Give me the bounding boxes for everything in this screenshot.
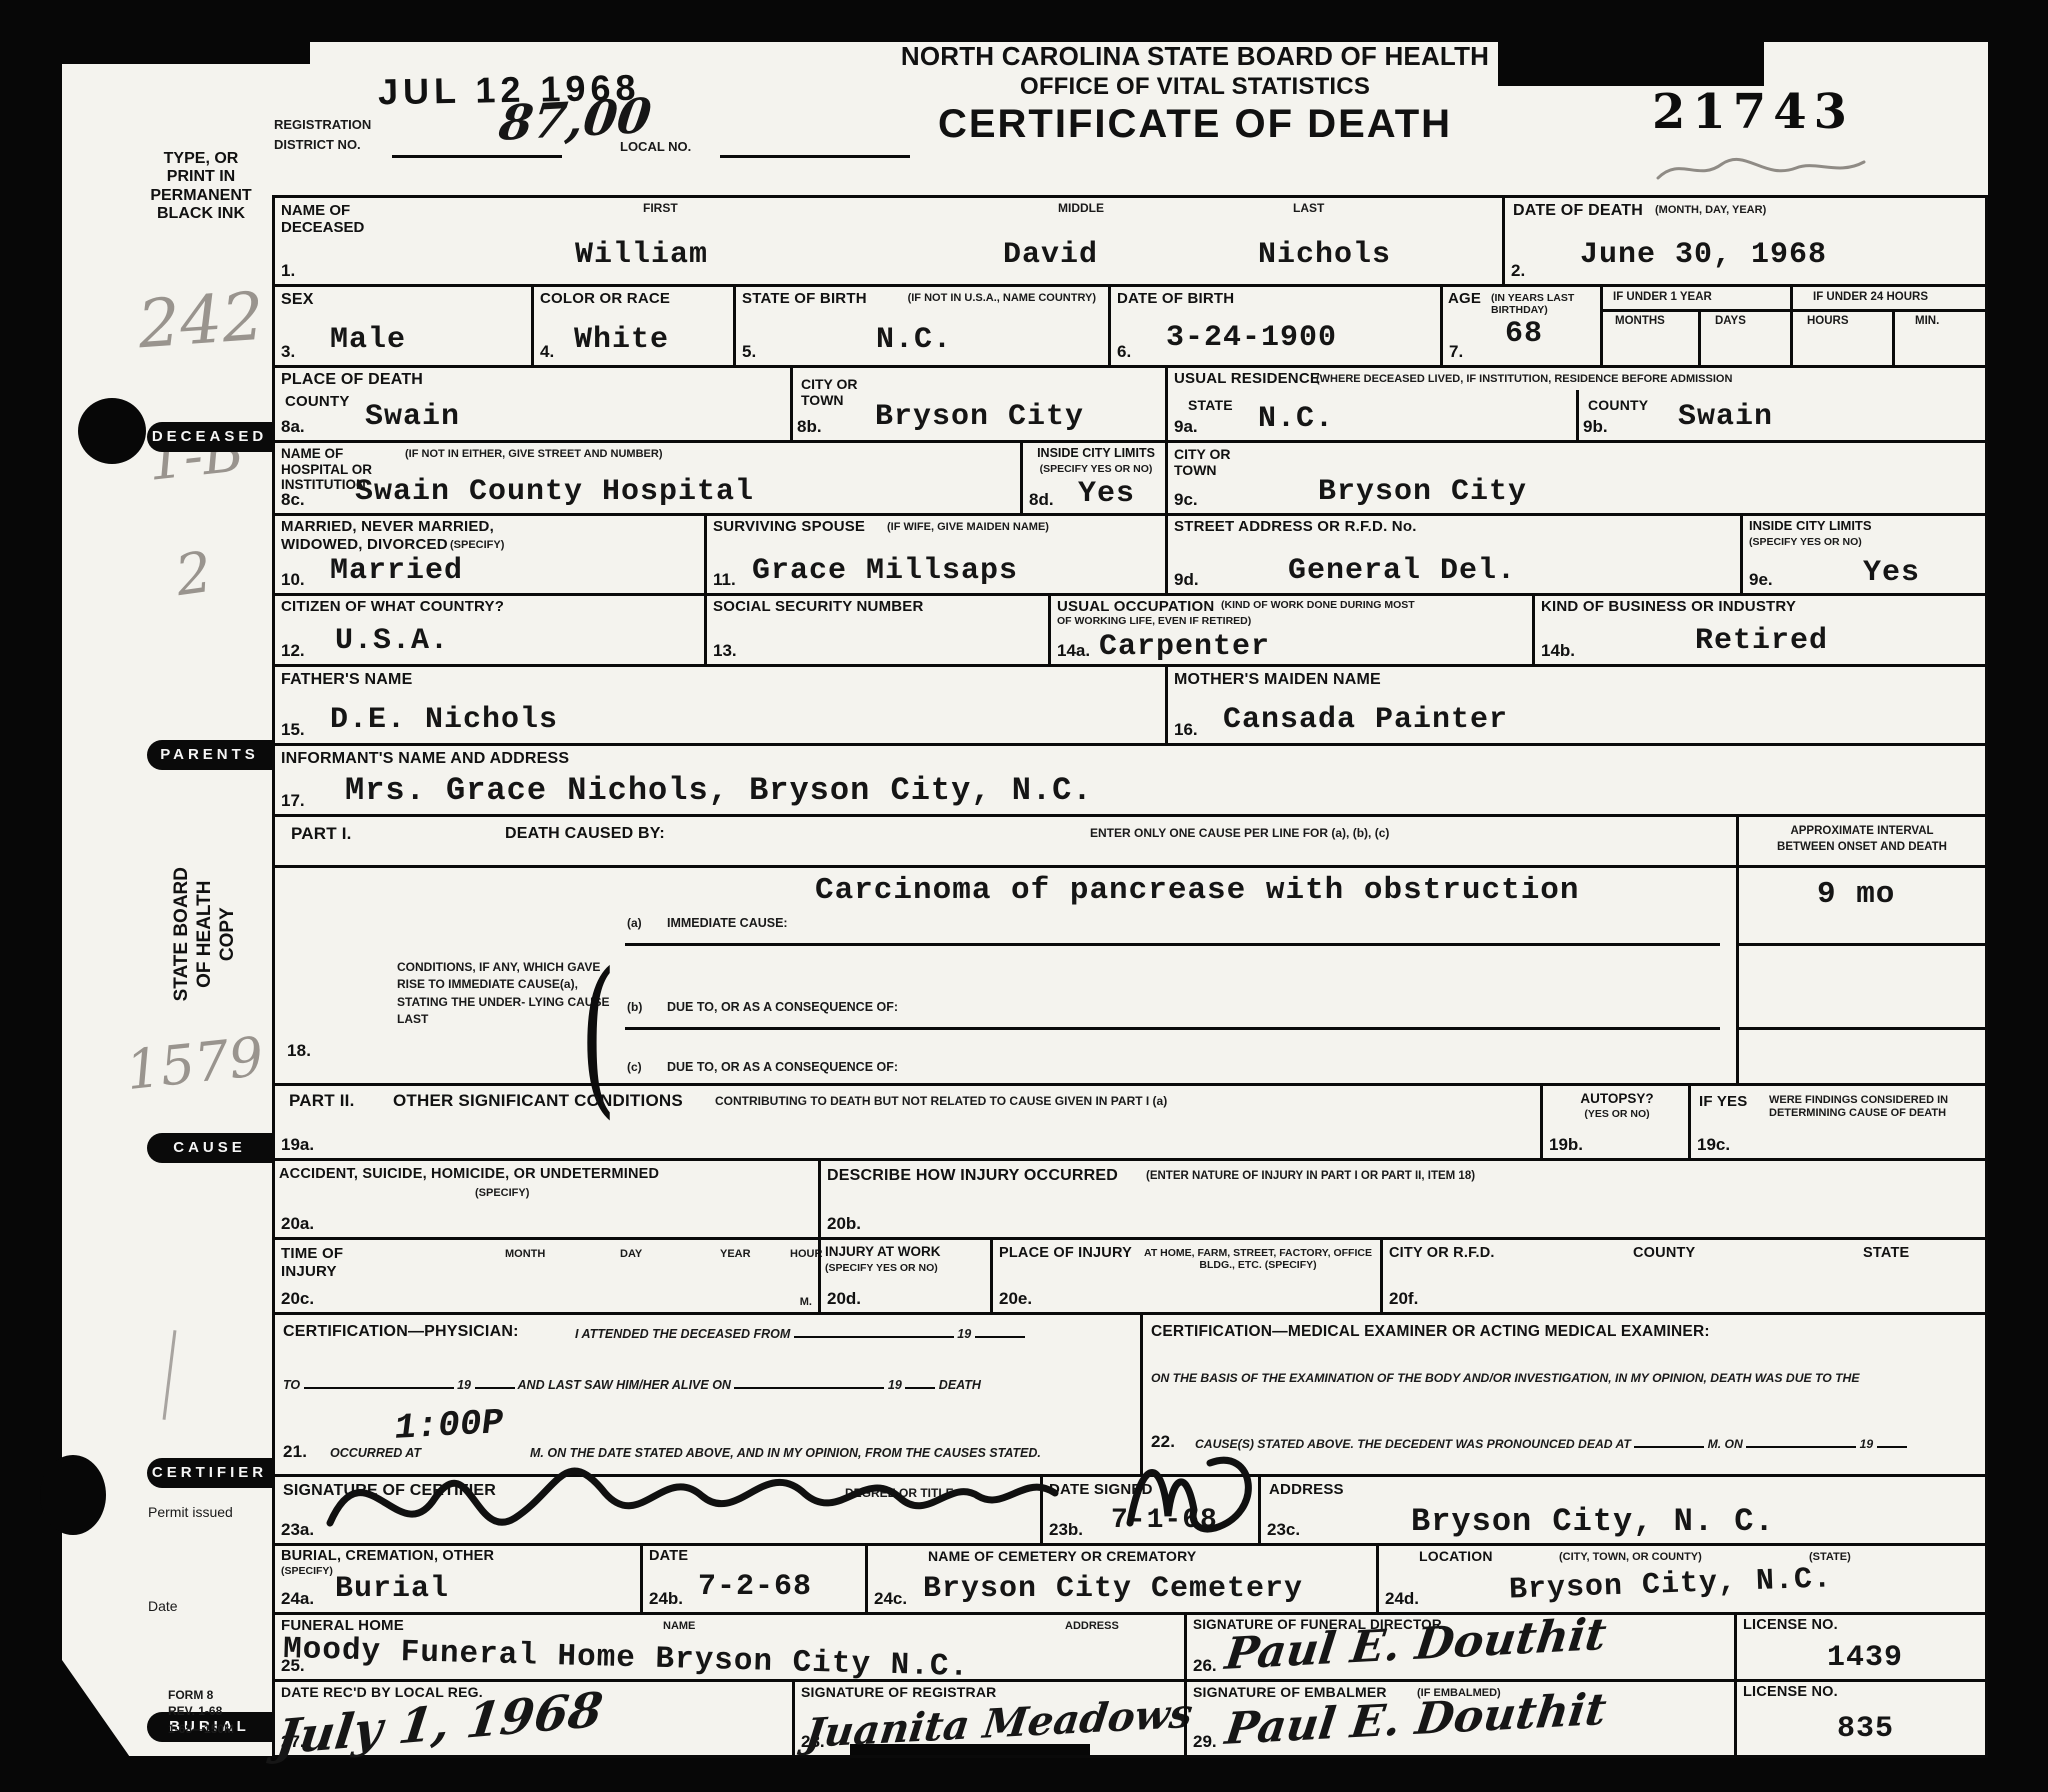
autopsy-sublabel: (YES OR NO) bbox=[1547, 1108, 1687, 1120]
field-date-of-death: DATE OF DEATH (MONTH, DAY, YEAR) 2. June… bbox=[1502, 195, 1988, 287]
interval-line-b bbox=[1739, 1027, 1985, 1030]
blank-line bbox=[794, 1326, 954, 1338]
age-value: 68 bbox=[1505, 317, 1543, 351]
field-autopsy-findings: IF YES WERE FINDINGS CONSIDERED IN DETER… bbox=[1688, 1083, 1988, 1161]
field-number: 8a. bbox=[281, 417, 305, 437]
hole-punch bbox=[40, 1455, 106, 1535]
death-county-value: Swain bbox=[365, 400, 460, 434]
date-margin-label: Date bbox=[148, 1598, 178, 1614]
field-state-of-birth: STATE OF BIRTH (IF NOT IN U.S.A., NAME C… bbox=[733, 284, 1111, 368]
copy-designation: STATE BOARD OF HEALTH COPY bbox=[171, 849, 239, 1019]
field-inside-city-limits-residence: INSIDE CITY LIMITS (SPECIFY YES OR NO) 9… bbox=[1740, 513, 1988, 596]
occupation-label: USUAL OCCUPATION bbox=[1057, 599, 1214, 616]
field-number: 20b. bbox=[827, 1214, 861, 1234]
field-describe-injury: DESCRIBE HOW INJURY OCCURRED (ENTER NATU… bbox=[818, 1158, 1988, 1240]
spouse-value: Grace Millsaps bbox=[752, 554, 1018, 588]
c-tag: (c) bbox=[627, 1061, 642, 1074]
registration-label: REGISTRATION bbox=[274, 118, 371, 132]
field-number: 9c. bbox=[1174, 490, 1198, 510]
injury-at-work-sublabel: (SPECIFY YES OR NO) bbox=[825, 1262, 990, 1274]
tab-deceased: DECEASED bbox=[147, 422, 272, 452]
pencil-scribble bbox=[1650, 148, 1880, 188]
mother-value: Cansada Painter bbox=[1223, 703, 1508, 737]
attended-text: I ATTENDED THE DECEASED FROM bbox=[575, 1327, 790, 1341]
hole-punch bbox=[78, 398, 146, 464]
icl2-sublabel: (SPECIFY YES OR NO) bbox=[1749, 536, 1909, 548]
blank-line bbox=[734, 1377, 884, 1389]
field-number: 8b. bbox=[797, 417, 822, 437]
field-number: 9d. bbox=[1174, 570, 1199, 590]
field-marital-status: MARRIED, NEVER MARRIED, WIDOWED, DIVORCE… bbox=[272, 513, 707, 596]
field-number: 7. bbox=[1449, 342, 1463, 362]
ssn-label: SOCIAL SECURITY NUMBER bbox=[713, 599, 924, 616]
field-number: 24b. bbox=[649, 1589, 683, 1609]
director-license-value: 1439 bbox=[1827, 1641, 1903, 1675]
field-number: 9a. bbox=[1174, 417, 1198, 437]
field-sex: SEX 3. Male bbox=[272, 284, 534, 368]
year-19: 19 bbox=[457, 1378, 471, 1392]
residence-county-value: Swain bbox=[1678, 400, 1773, 434]
basis-text: ON THE BASIS OF THE EXAMINATION OF THE B… bbox=[1151, 1371, 1860, 1385]
field-embalmer-signature: SIGNATURE OF EMBALMER (IF EMBALMED) 29. … bbox=[1184, 1679, 1737, 1758]
usual-residence-sublabel: (WHERE DECEASED LIVED, IF INSTITUTION, R… bbox=[1316, 373, 1732, 385]
field-number: 24a. bbox=[281, 1589, 314, 1609]
state-col-label: STATE bbox=[1863, 1246, 1909, 1262]
copy-line: STATE BOARD bbox=[171, 849, 194, 1019]
blank-line bbox=[475, 1377, 515, 1389]
marital-label-line2: WIDOWED, DIVORCED bbox=[281, 537, 448, 554]
interval-line-a bbox=[1739, 943, 1985, 946]
field-number: 20f. bbox=[1389, 1289, 1418, 1309]
part1-label: PART I. bbox=[291, 825, 352, 844]
if-yes-sublabel: WERE FINDINGS CONSIDERED IN DETERMINING … bbox=[1769, 1094, 1984, 1119]
city-or-town-label: CITY OR TOWN bbox=[801, 376, 871, 408]
field-number: 29. bbox=[1193, 1732, 1217, 1752]
header-rule bbox=[275, 865, 1736, 868]
marital-label-line1: MARRIED, NEVER MARRIED, bbox=[281, 519, 494, 536]
field-date-of-birth: DATE OF BIRTH 6. 3-24-1900 bbox=[1108, 284, 1443, 368]
blank-line bbox=[905, 1377, 935, 1389]
field-registrar-signature: SIGNATURE OF REGISTRAR 28. Juanita Meado… bbox=[792, 1679, 1187, 1758]
field-usual-residence: USUAL RESIDENCE (WHERE DECEASED LIVED, I… bbox=[1165, 365, 1988, 443]
cause-line-b bbox=[625, 1027, 1720, 1030]
burial-date-value: 7-2-68 bbox=[698, 1570, 812, 1604]
field-street-address: STREET ADDRESS OR R.F.D. No. 9d. General… bbox=[1165, 513, 1743, 596]
field-date-received: DATE REC'D BY LOCAL REG. 27. July 1, 196… bbox=[272, 1679, 795, 1758]
last-saw-line: TO 19 AND LAST SAW HIM/HER ALIVE ON 19 D… bbox=[283, 1377, 981, 1392]
attended-line: I ATTENDED THE DECEASED FROM 19 bbox=[575, 1326, 1025, 1341]
field-number: 12. bbox=[281, 641, 305, 661]
first-name-value: William bbox=[575, 238, 708, 272]
board-title: NORTH CAROLINA STATE BOARD OF HEALTH bbox=[830, 42, 1560, 71]
field-embalmer-license: LICENSE NO. 835 bbox=[1734, 1679, 1988, 1758]
license-label: LICENSE NO. bbox=[1743, 1618, 1838, 1634]
state-of-birth-value: N.C. bbox=[876, 323, 952, 357]
occupation-value: Carpenter bbox=[1099, 630, 1270, 664]
cert-examiner-label: CERTIFICATION—MEDICAL EXAMINER OR ACTING… bbox=[1151, 1323, 1710, 1340]
interval-label-line1: APPROXIMATE INTERVAL bbox=[1743, 825, 1981, 838]
field-citizen: CITIZEN OF WHAT COUNTRY? 12. U.S.A. bbox=[272, 593, 707, 667]
pencil-note-242: 242 bbox=[135, 278, 266, 364]
age-label: AGE bbox=[1448, 291, 1481, 308]
field-place-of-death: PLACE OF DEATH COUNTY 8a. Swain CITY OR … bbox=[272, 365, 1168, 443]
certificate-number: 21743 bbox=[1652, 84, 1854, 140]
field-mother-name: MOTHER'S MAIDEN NAME 16. Cansada Painter bbox=[1165, 664, 1988, 746]
month-label: MONTH bbox=[505, 1248, 545, 1260]
field-number: 9e. bbox=[1749, 570, 1773, 590]
min-label: MIN. bbox=[1915, 315, 1939, 328]
part2-sublabel: CONTRIBUTING TO DEATH BUT NOT RELATED TO… bbox=[715, 1095, 1167, 1108]
mother-label: MOTHER'S MAIDEN NAME bbox=[1174, 671, 1381, 689]
informant-value: Mrs. Grace Nichols, Bryson City, N.C. bbox=[345, 772, 1093, 809]
field-certifier-address: ADDRESS 23c. Bryson City, N. C. bbox=[1258, 1474, 1988, 1546]
divider bbox=[790, 368, 793, 440]
interval-value: 9 mo bbox=[1817, 877, 1895, 912]
accident-label: ACCIDENT, SUICIDE, HOMICIDE, OR UNDETERM… bbox=[279, 1167, 659, 1183]
scanned-death-certificate: { "stamp": { "date": "JUL 12 1968", "reg… bbox=[0, 0, 2048, 1792]
last-col-label: LAST bbox=[1293, 202, 1324, 215]
injury-at-work-label: INJURY AT WORK bbox=[825, 1244, 990, 1260]
street-value: General Del. bbox=[1288, 554, 1516, 588]
field-hospital: NAME OF HOSPITAL OR INSTITUTION (IF NOT … bbox=[272, 440, 1023, 516]
due-to-c-label: DUE TO, OR AS A CONSEQUENCE OF: bbox=[667, 1061, 898, 1075]
year-19: 19 bbox=[957, 1327, 971, 1341]
immediate-cause-label: IMMEDIATE CAUSE: bbox=[667, 917, 788, 931]
death-caused-by-label: DEATH CAUSED BY: bbox=[505, 825, 665, 843]
field-number: 20a. bbox=[281, 1214, 314, 1234]
part2-label: PART II. bbox=[289, 1092, 355, 1111]
field-funeral-director-signature: SIGNATURE OF FUNERAL DIRECTOR 26. Paul E… bbox=[1184, 1612, 1737, 1682]
last-saw-text: AND LAST SAW HIM/HER ALIVE ON bbox=[518, 1378, 731, 1392]
field-number: 26. bbox=[1193, 1656, 1217, 1676]
time-of-injury-label2: INJURY bbox=[281, 1264, 337, 1281]
spouse-sublabel: (IF WIFE, GIVE MAIDEN NAME) bbox=[887, 521, 1049, 533]
field-number: 19a. bbox=[281, 1135, 314, 1155]
hospital-value: Swain County Hospital bbox=[355, 475, 754, 509]
usual-residence-label: USUAL RESIDENCE bbox=[1174, 371, 1320, 388]
field-surviving-spouse: SURVIVING SPOUSE (IF WIFE, GIVE MAIDEN N… bbox=[704, 513, 1168, 596]
registrar-label: SIGNATURE OF REGISTRAR bbox=[801, 1685, 996, 1700]
icl-death-value: Yes bbox=[1078, 477, 1135, 511]
b-tag: (b) bbox=[627, 1001, 642, 1014]
field-time-of-injury: TIME OF INJURY MONTH DAY YEAR HOUR 20c. … bbox=[272, 1237, 821, 1315]
interval-label-line2: BETWEEN ONSET AND DEATH bbox=[1743, 841, 1981, 854]
form-number: FORM 8 bbox=[168, 1688, 213, 1702]
sex-label: SEX bbox=[281, 291, 314, 309]
field-burial-location: LOCATION (CITY, TOWN, OR COUNTY) (STATE)… bbox=[1376, 1543, 1988, 1615]
burial-value: Burial bbox=[335, 1572, 449, 1606]
state-of-birth-label: STATE OF BIRTH bbox=[742, 291, 867, 308]
field-number: 17. bbox=[281, 791, 305, 811]
marital-value: Married bbox=[330, 554, 463, 588]
place-of-injury-sublabel: AT HOME, FARM, STREET, FACTORY, OFFICE B… bbox=[1138, 1247, 1378, 1271]
blank-line bbox=[1634, 1436, 1704, 1448]
residence-state-value: N.C. bbox=[1258, 402, 1334, 436]
field-inside-city-limits-death: INSIDE CITY LIMITS (SPECIFY YES OR NO) 8… bbox=[1020, 440, 1168, 516]
city-or-rfd-label: CITY OR R.F.D. bbox=[1389, 1246, 1495, 1262]
describe-injury-label: DESCRIBE HOW INJURY OCCURRED bbox=[827, 1167, 1118, 1185]
name-label: NAME OF DECEASED bbox=[281, 202, 401, 237]
location-label: LOCATION bbox=[1419, 1549, 1493, 1564]
blank-line bbox=[1746, 1436, 1856, 1448]
scan-artifact bbox=[1988, 0, 2048, 1792]
father-value: D.E. Nichols bbox=[330, 703, 558, 737]
under-24-hours-label: IF UNDER 24 HOURS bbox=[1813, 291, 1928, 304]
citizen-label: CITIZEN OF WHAT COUNTRY? bbox=[281, 599, 504, 616]
date-of-death-value: June 30, 1968 bbox=[1580, 238, 1827, 272]
field-number: 14a. bbox=[1057, 641, 1090, 661]
field-director-license: LICENSE NO. 1439 bbox=[1734, 1612, 1988, 1682]
place-of-injury-label: PLACE OF INJURY bbox=[999, 1246, 1132, 1262]
divider bbox=[1793, 309, 1985, 312]
field-number: 21. bbox=[283, 1443, 307, 1462]
cert-physician-label: CERTIFICATION—PHYSICIAN: bbox=[283, 1323, 519, 1341]
field-if-under-1-year: IF UNDER 1 YEAR MONTHS DAYS bbox=[1600, 284, 1793, 368]
district-no-label: DISTRICT NO. bbox=[274, 138, 361, 152]
field-name-of-deceased: NAME OF DECEASED FIRST MIDDLE LAST 1. Wi… bbox=[272, 195, 1505, 287]
embalmer-license-value: 835 bbox=[1837, 1712, 1894, 1746]
field-number: 20c. bbox=[281, 1289, 314, 1309]
header-rule bbox=[1739, 865, 1985, 868]
days-label: DAYS bbox=[1715, 315, 1746, 328]
permit-issued-label: Permit issued bbox=[148, 1504, 233, 1520]
field-ssn: SOCIAL SECURITY NUMBER 13. bbox=[704, 593, 1051, 667]
field-place-of-injury: PLACE OF INJURY AT HOME, FARM, STREET, F… bbox=[990, 1237, 1383, 1315]
middle-col-label: MIDDLE bbox=[1058, 202, 1104, 215]
part2-title: OTHER SIGNIFICANT CONDITIONS bbox=[393, 1092, 683, 1111]
marital-sublabel: (SPECIFY) bbox=[450, 539, 504, 551]
field-number: 13. bbox=[713, 641, 737, 661]
field-accident-suicide: ACCIDENT, SUICIDE, HOMICIDE, OR UNDETERM… bbox=[272, 1158, 821, 1240]
date-of-birth-label: DATE OF BIRTH bbox=[1117, 291, 1234, 308]
tab-parents: PARENTS bbox=[147, 740, 272, 770]
death-text: DEATH bbox=[939, 1378, 981, 1392]
scan-artifact bbox=[300, 0, 2048, 42]
field-number: 15. bbox=[281, 720, 305, 740]
field-residence-city: CITY OR TOWN 9c. Bryson City bbox=[1165, 440, 1988, 516]
place-of-death-label: PLACE OF DEATH bbox=[281, 371, 423, 389]
date-of-death-sublabel: (MONTH, DAY, YEAR) bbox=[1655, 204, 1766, 216]
last-name-value: Nichols bbox=[1258, 238, 1391, 272]
immediate-cause-value: Carcinoma of pancrease with obstruction bbox=[815, 873, 1580, 908]
icl-residence-value: Yes bbox=[1863, 556, 1920, 590]
first-col-label: FIRST bbox=[643, 202, 678, 215]
tab-certifier: CERTIFIER bbox=[147, 1458, 272, 1488]
months-label: MONTHS bbox=[1615, 315, 1665, 328]
autopsy-label: AUTOPSY? bbox=[1547, 1091, 1687, 1107]
hours-label: HOURS bbox=[1807, 315, 1849, 328]
field-number: 11. bbox=[713, 570, 736, 590]
residence-city-value: Bryson City bbox=[1318, 475, 1527, 509]
street-label: STREET ADDRESS OR R.F.D. No. bbox=[1174, 519, 1417, 536]
divider bbox=[1576, 390, 1579, 440]
icl2-label: INSIDE CITY LIMITS bbox=[1749, 519, 1909, 534]
residence-city-label: CITY OR TOWN bbox=[1174, 446, 1244, 478]
funeral-home-value: Moody Funeral Home Bryson City N.C. bbox=[283, 1632, 970, 1685]
occupation-sublabel-2: OF WORKING LIFE, EVEN IF RETIRED) bbox=[1057, 616, 1251, 628]
field-occupation: USUAL OCCUPATION (KIND OF WORK DONE DURI… bbox=[1048, 593, 1535, 667]
local-no-label: LOCAL NO. bbox=[620, 140, 691, 154]
a-tag: (a) bbox=[627, 917, 642, 930]
informant-label: INFORMANT'S NAME AND ADDRESS bbox=[281, 750, 569, 768]
citizen-value: U.S.A. bbox=[335, 624, 449, 658]
tab-cause: CAUSE bbox=[147, 1133, 272, 1163]
blank-line bbox=[720, 155, 910, 158]
field-injury-city: CITY OR R.F.D. COUNTY STATE 20f. bbox=[1380, 1237, 1988, 1315]
age-sublabel: (IN YEARS LAST BIRTHDAY) bbox=[1491, 292, 1599, 316]
year-label: YEAR bbox=[720, 1248, 751, 1260]
field-number: 24d. bbox=[1385, 1589, 1419, 1609]
accident-sublabel: (SPECIFY) bbox=[475, 1187, 529, 1199]
cause-line-a bbox=[625, 943, 1720, 946]
page-title: CERTIFICATE OF DEATH bbox=[830, 102, 1560, 146]
divider bbox=[1603, 309, 1790, 312]
sex-value: Male bbox=[330, 323, 406, 357]
date-of-death-label: DATE OF DEATH bbox=[1513, 202, 1643, 220]
middle-name-value: David bbox=[1003, 238, 1098, 272]
m-label: M. bbox=[800, 1296, 812, 1308]
field-number: 18. bbox=[287, 1042, 311, 1061]
field-number: 19c. bbox=[1697, 1135, 1730, 1155]
name-col-label: NAME bbox=[663, 1620, 695, 1632]
address-col-label: ADDRESS bbox=[1065, 1620, 1119, 1632]
part2-other-conditions: PART II. OTHER SIGNIFICANT CONDITIONS CO… bbox=[272, 1083, 1543, 1161]
field-number: 19b. bbox=[1549, 1135, 1583, 1155]
death-city-value: Bryson City bbox=[875, 400, 1084, 434]
time-of-injury-label1: TIME OF bbox=[281, 1246, 343, 1263]
field-number: 8d. bbox=[1029, 490, 1054, 510]
field-number: 24c. bbox=[874, 1589, 907, 1609]
field-number: 9b. bbox=[1583, 417, 1608, 437]
field-number: 10. bbox=[281, 570, 305, 590]
day-label: DAY bbox=[620, 1248, 642, 1260]
license-label: LICENSE NO. bbox=[1743, 1685, 1838, 1701]
blank-line bbox=[304, 1377, 454, 1389]
icl-sublabel: (SPECIFY YES OR NO) bbox=[1027, 463, 1165, 475]
field-funeral-home: FUNERAL HOME NAME ADDRESS 25. Moody Fune… bbox=[272, 1612, 1187, 1682]
field-number: 14b. bbox=[1541, 641, 1575, 661]
field-number: 3. bbox=[281, 342, 295, 362]
field-business: KIND OF BUSINESS OR INDUSTRY 14b. Retire… bbox=[1532, 593, 1988, 667]
date-of-birth-value: 3-24-1900 bbox=[1166, 321, 1337, 355]
due-to-b-label: DUE TO, OR AS A CONSEQUENCE OF: bbox=[667, 1001, 898, 1015]
county-label: COUNTY bbox=[285, 394, 350, 411]
field-if-under-24-hours: IF UNDER 24 HOURS HOURS MIN. bbox=[1790, 284, 1988, 368]
blank-line bbox=[1877, 1436, 1907, 1448]
divider bbox=[1698, 309, 1701, 365]
one-cause-note: ENTER ONLY ONE CAUSE PER LINE FOR (a), (… bbox=[1090, 827, 1389, 840]
location-sub2: (STATE) bbox=[1809, 1551, 1851, 1563]
field-autopsy: AUTOPSY? (YES OR NO) 19b. bbox=[1540, 1083, 1691, 1161]
to-text: TO bbox=[283, 1378, 300, 1392]
icl-label: INSIDE CITY LIMITS bbox=[1027, 446, 1165, 460]
location-value: Bryson City, N.C. bbox=[1509, 1562, 1833, 1607]
print-note: TYPE, OR PRINT IN PERMANENT BLACK INK bbox=[138, 150, 264, 224]
field-number: 1. bbox=[281, 261, 295, 281]
copy-line: COPY bbox=[216, 849, 239, 1019]
blank-line bbox=[975, 1326, 1025, 1338]
certifier-signature-scribble bbox=[310, 1428, 1320, 1558]
occupation-sublabel-1: (KIND OF WORK DONE DURING MOST bbox=[1221, 600, 1415, 612]
if-yes-label: IF YES bbox=[1699, 1094, 1747, 1111]
hospital-sublabel: (IF NOT IN EITHER, GIVE STREET AND NUMBE… bbox=[405, 448, 663, 460]
business-value: Retired bbox=[1695, 624, 1828, 658]
form-revision: REV. 1-68 bbox=[168, 1704, 222, 1718]
copy-line: OF HEALTH bbox=[194, 849, 217, 1019]
business-label: KIND OF BUSINESS OR INDUSTRY bbox=[1541, 599, 1796, 616]
field-number: 8c. bbox=[281, 490, 305, 510]
residence-state-label: STATE bbox=[1188, 398, 1233, 413]
field-age: AGE (IN YEARS LAST BIRTHDAY) 7. 68 bbox=[1440, 284, 1603, 368]
field-number: 4. bbox=[540, 342, 554, 362]
describe-injury-sublabel: (ENTER NATURE OF INJURY IN PART I OR PAR… bbox=[1146, 1170, 1475, 1183]
year-19: 19 bbox=[888, 1378, 902, 1392]
form-print-run: 1-68—150M bbox=[168, 1722, 234, 1736]
field-number: 2. bbox=[1511, 261, 1525, 281]
location-sub1: (CITY, TOWN, OR COUNTY) bbox=[1559, 1551, 1702, 1563]
spouse-label: SURVIVING SPOUSE bbox=[713, 519, 865, 536]
divider bbox=[1892, 309, 1895, 365]
field-injury-at-work: INJURY AT WORK (SPECIFY YES OR NO) 20d. bbox=[818, 1237, 993, 1315]
office-title: OFFICE OF VITAL STATISTICS bbox=[830, 74, 1560, 100]
field-number: 20e. bbox=[999, 1289, 1032, 1309]
part1-interval-column: APPROXIMATE INTERVAL BETWEEN ONSET AND D… bbox=[1736, 814, 1988, 1086]
father-label: FATHER'S NAME bbox=[281, 671, 412, 689]
residence-county-label: COUNTY bbox=[1588, 398, 1648, 413]
race-value: White bbox=[574, 323, 669, 357]
field-number: 20d. bbox=[827, 1289, 861, 1309]
county-col-label: COUNTY bbox=[1633, 1246, 1695, 1262]
scan-corner-notch bbox=[62, 1660, 132, 1760]
part1-cause-of-death: PART I. DEATH CAUSED BY: ENTER ONLY ONE … bbox=[272, 814, 1739, 1086]
m-on-text: M. ON bbox=[1708, 1437, 1743, 1451]
field-number: 6. bbox=[1117, 342, 1131, 362]
field-number: 5. bbox=[742, 342, 756, 362]
field-father-name: FATHER'S NAME 15. D.E. Nichols bbox=[272, 664, 1168, 746]
field-number: 16. bbox=[1174, 720, 1198, 740]
race-label: COLOR OR RACE bbox=[540, 291, 670, 308]
field-informant: INFORMANT'S NAME AND ADDRESS 17. Mrs. Gr… bbox=[272, 743, 1988, 817]
state-of-birth-sublabel: (IF NOT IN U.S.A., NAME COUNTRY) bbox=[906, 292, 1096, 305]
under-1-year-label: IF UNDER 1 YEAR bbox=[1613, 291, 1712, 304]
certifier-address-value: Bryson City, N. C. bbox=[1411, 1503, 1775, 1540]
burial-sublabel: (SPECIFY) bbox=[281, 1566, 333, 1578]
field-race: COLOR OR RACE 4. White bbox=[531, 284, 736, 368]
year-19: 19 bbox=[1860, 1437, 1874, 1451]
blank-line bbox=[392, 155, 562, 158]
cemetery-value: Bryson City Cemetery bbox=[923, 1572, 1303, 1606]
